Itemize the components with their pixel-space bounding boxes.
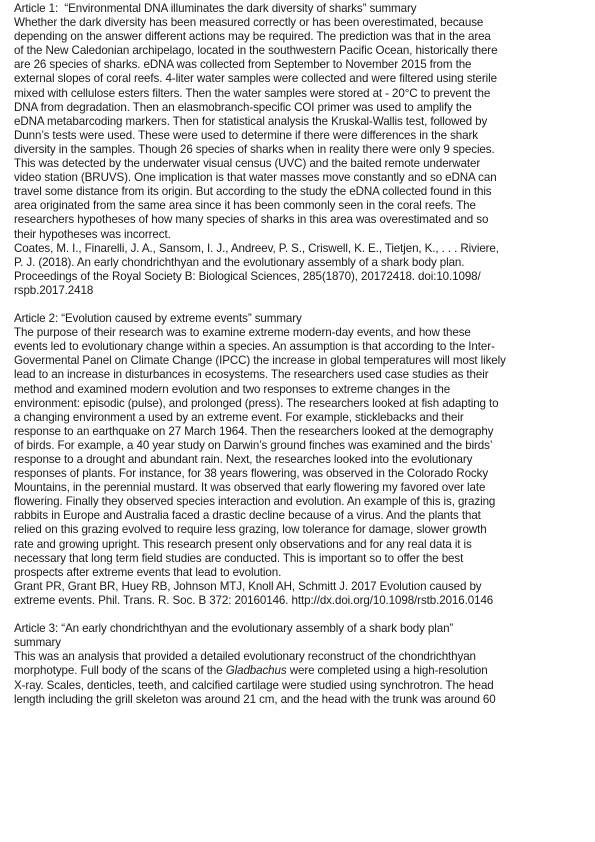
text-line: X-ray. Scales, denticles, teeth, and cal… — [14, 679, 589, 693]
text-line: rate and growing upright. This research … — [14, 538, 589, 552]
text-line: their hypotheses was incorrect. — [14, 228, 589, 242]
article-1-heading: Article 1: “Environmental DNA illuminate… — [14, 2, 589, 16]
citation-line: Grant PR, Grant BR, Huey RB, Johnson MTJ… — [14, 580, 589, 594]
article-2-citation: Grant PR, Grant BR, Huey RB, Johnson MTJ… — [14, 580, 589, 608]
document-page: Article 1: “Environmental DNA illuminate… — [14, 2, 589, 707]
citation-line: Proceedings of the Royal Society B: Biol… — [14, 270, 589, 284]
text-line: This was an analysis that provided a det… — [14, 650, 589, 664]
text-line: necessary that long term field studies a… — [14, 552, 589, 566]
text-line: eDNA metabarcoding markers. Then for sta… — [14, 115, 589, 129]
article-3-heading: summary — [14, 636, 589, 650]
text-line: Whether the dark diversity has been meas… — [14, 16, 589, 30]
text-line: prospects after extreme events that lead… — [14, 566, 589, 580]
text-line: Govermental Panel on Climate Change (IPC… — [14, 354, 589, 368]
section-spacer — [14, 608, 589, 622]
text-line: researchers hypotheses of how many speci… — [14, 213, 589, 227]
text-line: method and examined modern evolution and… — [14, 383, 589, 397]
text-line: length including the grill skeleton was … — [14, 693, 589, 707]
text-line: relied on this grazing evolved to requir… — [14, 523, 589, 537]
text-line: travel some distance from its origin. Bu… — [14, 185, 589, 199]
genus-name: Gladbachus — [226, 664, 287, 677]
text-line: The purpose of their research was to exa… — [14, 326, 589, 340]
section-spacer — [14, 298, 589, 312]
text-line: morphotype. Full body of the scans of th… — [14, 664, 589, 678]
text-line: lead to an increase in disturbances in e… — [14, 368, 589, 382]
article-1-citation: Coates, M. I., Finarelli, J. A., Sansom,… — [14, 242, 589, 298]
text-line: Dunn’s tests were used. These were used … — [14, 129, 589, 143]
article-3: Article 3: “An early chondrichthyan and … — [14, 622, 589, 707]
text-line: DNA from degradation. Then an elasmobran… — [14, 101, 589, 115]
text-line: of birds. For example, a 40 year study o… — [14, 439, 589, 453]
text-line: environment: episodic (pulse), and prolo… — [14, 397, 589, 411]
text-line: response to a drought and abundant rain.… — [14, 453, 589, 467]
text-segment: were completed using a high-resolution — [287, 664, 488, 677]
text-line: mixed with cellulose esters filters. The… — [14, 87, 589, 101]
text-line: of the New Caledonian archipelago, locat… — [14, 44, 589, 58]
text-line: flowering. Finally they observed species… — [14, 495, 589, 509]
text-line: are 26 species of sharks. eDNA was colle… — [14, 58, 589, 72]
citation-line: rspb.2017.2418 — [14, 284, 589, 298]
article-3-summary: This was an analysis that provided a det… — [14, 650, 589, 706]
citation-line: P. J. (2018). An early chondrichthyan an… — [14, 256, 589, 270]
article-2-summary: The purpose of their research was to exa… — [14, 326, 589, 580]
text-line: a changing environment a used by an extr… — [14, 411, 589, 425]
text-line: events led to evolutionary change within… — [14, 340, 589, 354]
text-line: external slopes of coral reefs. 4-liter … — [14, 72, 589, 86]
text-segment: morphotype. Full body of the scans of th… — [14, 664, 226, 677]
text-line: area originated from the same area since… — [14, 199, 589, 213]
article-1-summary: Whether the dark diversity has been meas… — [14, 16, 589, 242]
text-line: Mountains, in the perennial mustard. It … — [14, 481, 589, 495]
article-1: Article 1: “Environmental DNA illuminate… — [14, 2, 589, 298]
article-2-heading: Article 2: “Evolution caused by extreme … — [14, 312, 589, 326]
text-line: diversity in the samples. Though 26 spec… — [14, 143, 589, 157]
citation-line: extreme events. Phil. Trans. R. Soc. B 3… — [14, 594, 589, 608]
text-line: response to an earthquake on 27 March 19… — [14, 425, 589, 439]
text-line: rabbits in Europe and Australia faced a … — [14, 509, 589, 523]
text-line: depending on the answer different action… — [14, 30, 589, 44]
text-line: responses of plants. For instance, for 3… — [14, 467, 589, 481]
text-line: video station (BRUVS). One implication i… — [14, 171, 589, 185]
citation-line: Coates, M. I., Finarelli, J. A., Sansom,… — [14, 242, 589, 256]
article-2: Article 2: “Evolution caused by extreme … — [14, 312, 589, 608]
article-3-heading: Article 3: “An early chondrichthyan and … — [14, 622, 589, 636]
text-line: This was detected by the underwater visu… — [14, 157, 589, 171]
